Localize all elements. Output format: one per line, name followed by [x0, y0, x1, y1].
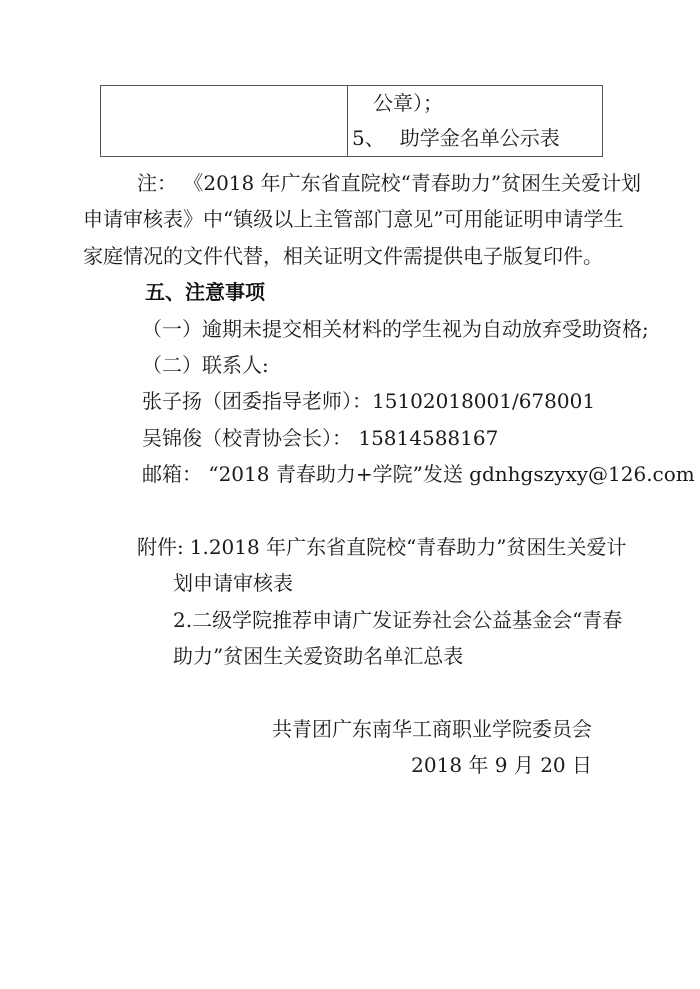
note-paragraph-line3: 家庭情况的文件代替，相关证明文件需提供电子版复印件。: [83, 238, 617, 274]
notice-item-1: （一）逾期未提交相关材料的学生视为自动放弃受助资格;: [83, 311, 617, 347]
note-paragraph-line2: 申请审核表》中“镇级以上主管部门意见”可用能证明申请学生: [83, 201, 617, 237]
signature-organization: 共青团广东南华工商职业学院委员会: [83, 711, 617, 747]
table-cell-materials: 公章）； 5、助学金名单公示表: [348, 86, 602, 156]
attachment-1-line2: 划申请审核表: [83, 565, 617, 601]
attachment-2-line2: 助力”贫困生关爱资助名单汇总表: [83, 638, 617, 674]
document-page: 公章）； 5、助学金名单公示表 注： 《2018 年广东省直院校“青春助力”贫困…: [0, 0, 700, 989]
signature-date: 2018 年 9 月 20 日: [83, 747, 617, 783]
table-line-official-seal: 公章）；: [352, 86, 602, 121]
notice-item-2: （二）联系人:: [83, 347, 617, 383]
materials-table: 公章）； 5、助学金名单公示表: [100, 85, 603, 157]
spacer-line: [83, 674, 617, 710]
note-paragraph-line1: 注： 《2018 年广东省直院校“青春助力”贫困生关爱计划: [83, 165, 617, 201]
attachment-1-line1: 1.2018 年广东省直院校“青春助力”贫困生关爱计: [190, 535, 627, 559]
section-heading-notes: 五、注意事项: [83, 274, 617, 310]
contact-president: 吴锦俊（校青协会长）： 15814588167: [83, 420, 617, 456]
table-item5-text: 助学金名单公示表: [400, 126, 560, 150]
attachments-row: 附件:1.2018 年广东省直院校“青春助力”贫困生关爱计: [83, 529, 617, 565]
table-item5-number: 5、: [352, 126, 385, 150]
attachment-2-line1: 2.二级学院推荐申请广发证券社会公益基金会“青春: [83, 602, 617, 638]
document-body: 注： 《2018 年广东省直院校“青春助力”贫困生关爱计划 申请审核表》中“镇级…: [83, 165, 617, 784]
attachments-label: 附件:: [137, 535, 184, 559]
contact-teacher: 张子扬（团委指导老师）：15102018001/678001: [83, 383, 617, 419]
table-cell-empty: [101, 86, 348, 156]
spacer-line: [83, 493, 617, 529]
table-line-item5: 5、助学金名单公示表: [352, 121, 602, 156]
contact-email: 邮箱： “2018 青春助力+学院”发送 gdnhgszyxy@126.com: [83, 456, 617, 492]
